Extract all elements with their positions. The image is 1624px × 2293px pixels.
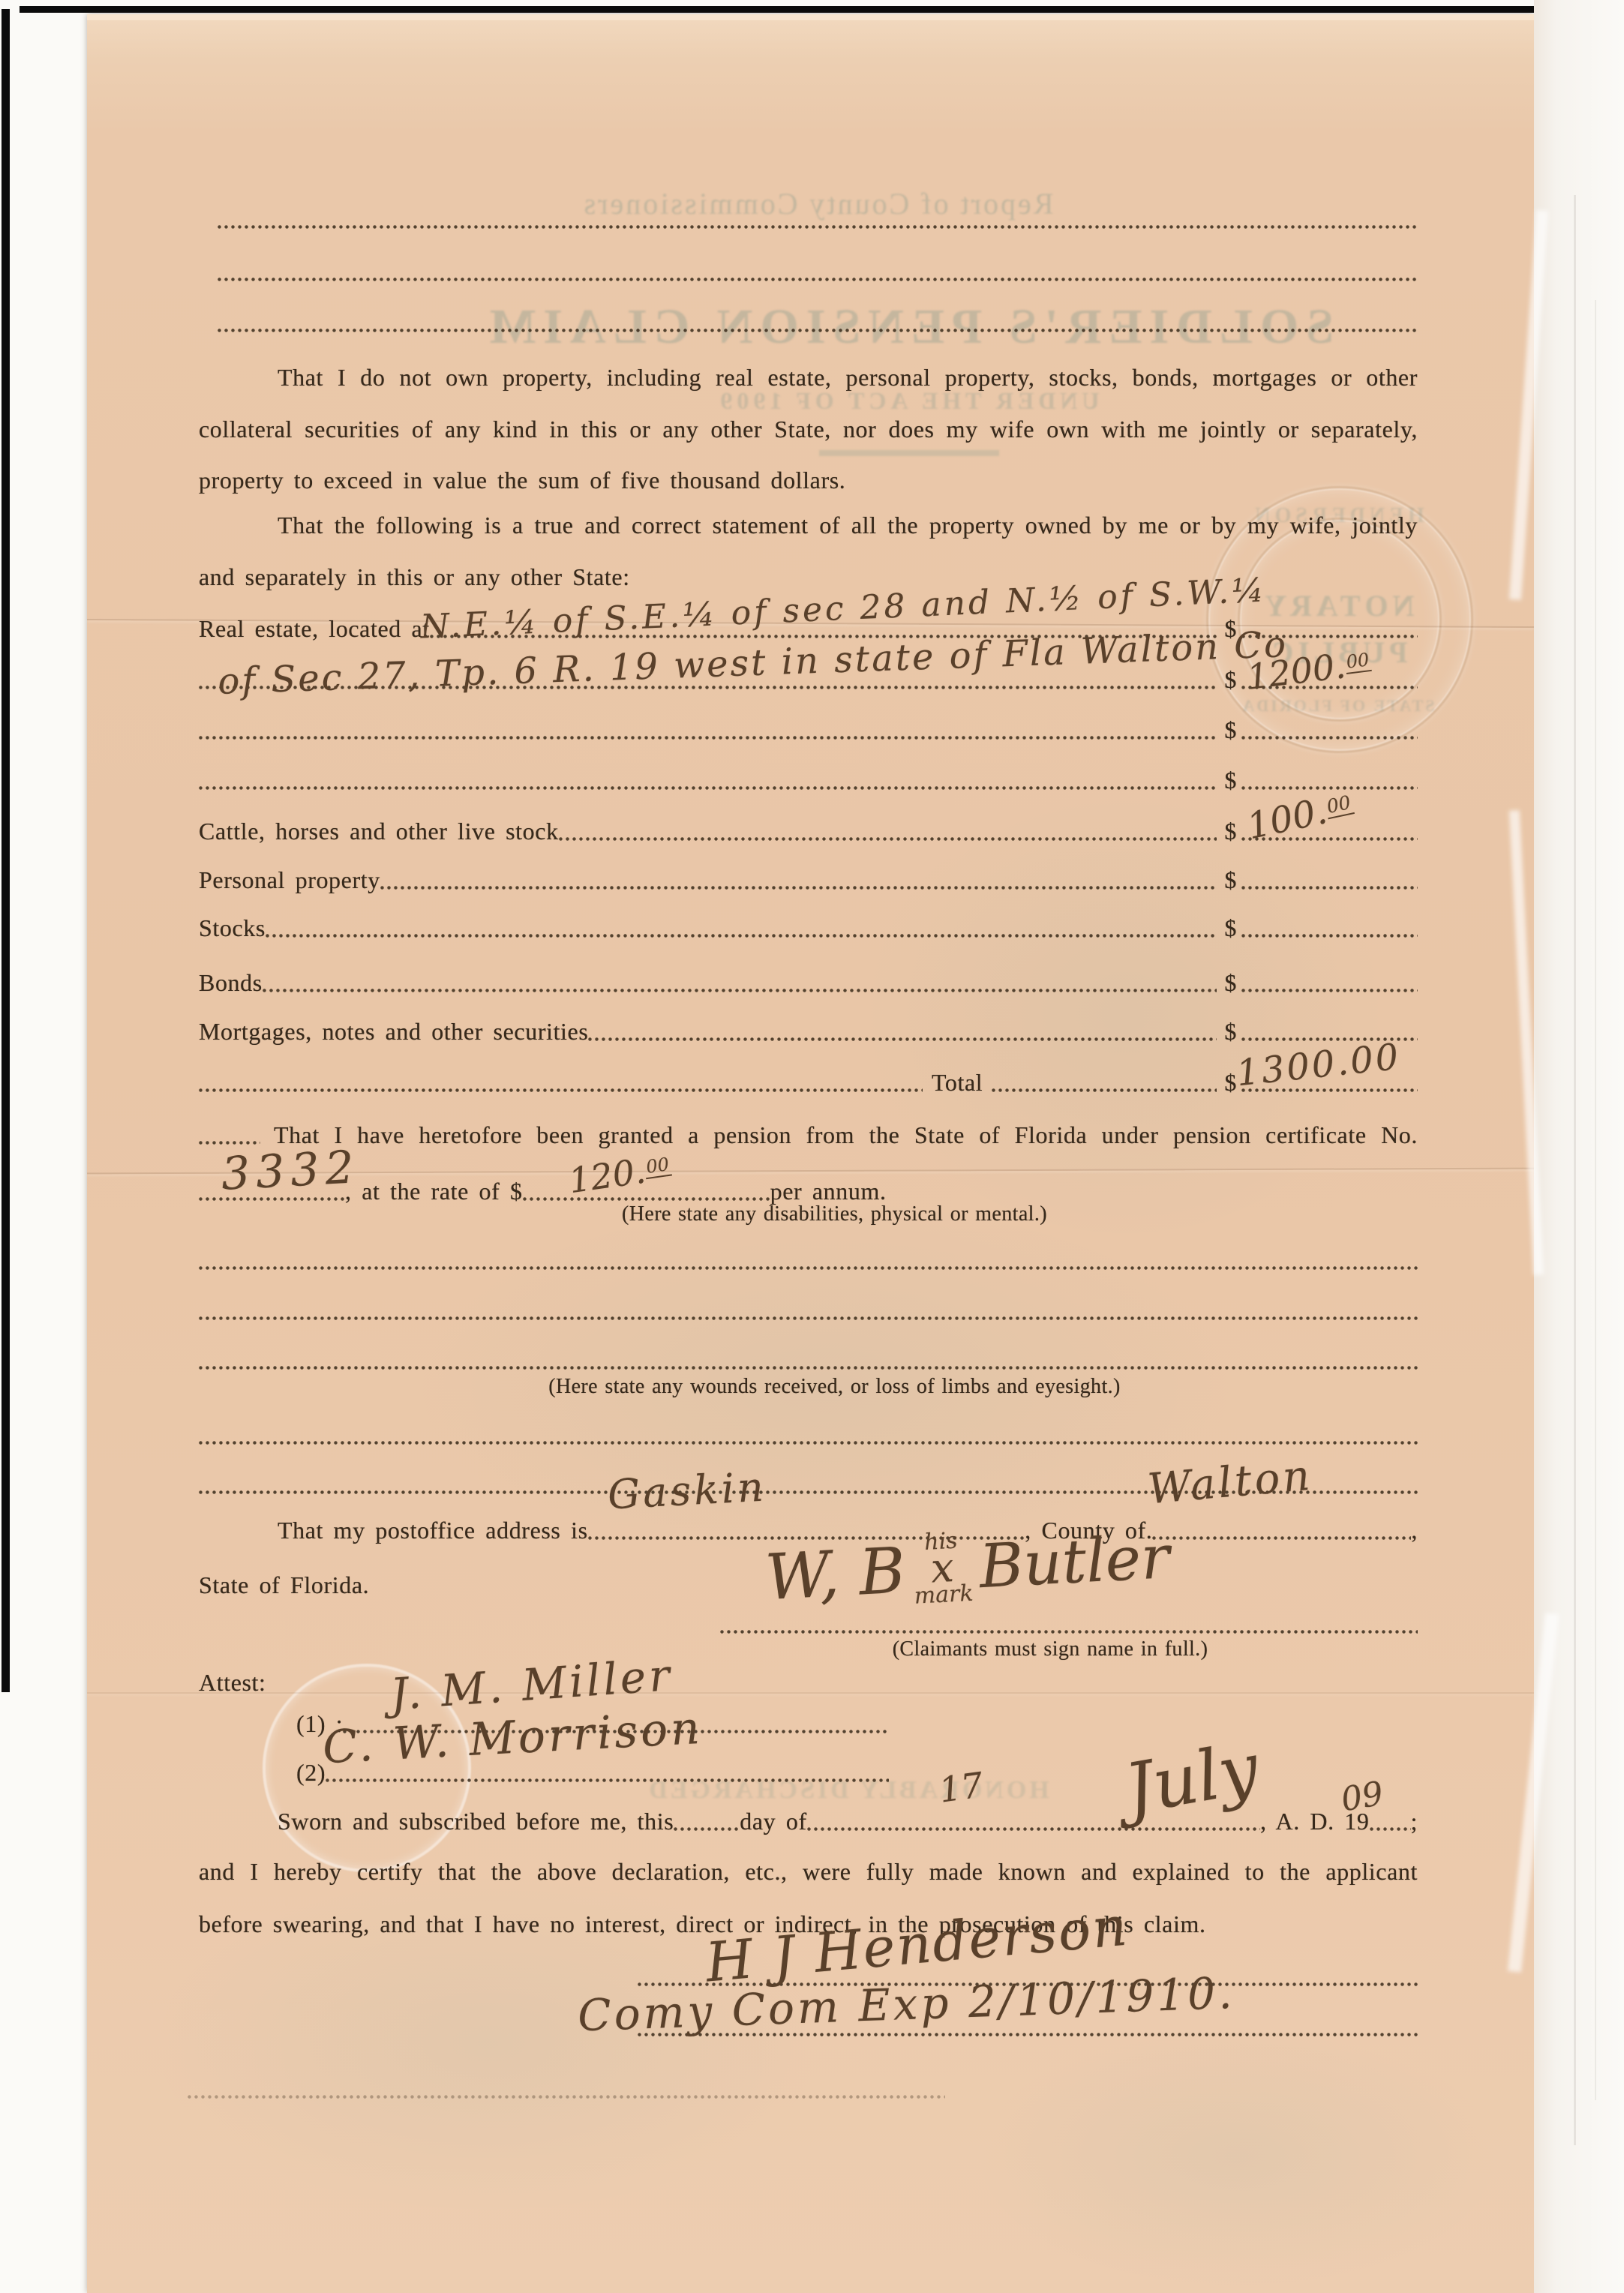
scan-frame-top-bar	[20, 6, 1575, 13]
dollar-sign: $	[1217, 718, 1241, 743]
hw-year: 09	[1338, 1775, 1386, 1820]
dotted-leader	[1152, 1535, 1411, 1541]
dotted-leader	[266, 933, 1217, 938]
his-mark-x: his x mark	[911, 1530, 974, 1606]
amount-cents: 00	[644, 1154, 672, 1179]
wounds-caption: (Here state any wounds received, or loss…	[225, 1376, 1444, 1397]
bleedthrough-title: SOLDIER'S PENSION CLAIM	[353, 299, 1463, 356]
fold-crease	[87, 1692, 1534, 1694]
plastic-sleeve-edge	[1534, 0, 1624, 2293]
blank-property-row: $	[199, 718, 1418, 743]
declaration-paragraph-line: collateral securities of any kind in thi…	[199, 417, 1418, 443]
blank-dotted-line	[199, 1316, 1418, 1321]
bleedthrough-divider	[819, 450, 999, 456]
signature-last: Butler	[977, 1521, 1171, 1601]
declaration-paragraph-line: That I do not own property, including re…	[199, 365, 1418, 391]
state-of-florida-line: State of Florida.	[199, 1573, 369, 1598]
personal-property-row: Personal property $	[199, 868, 1418, 893]
faint-dotted-line	[188, 2094, 945, 2099]
disabilities-caption: (Here state any disabilities, physical o…	[225, 1203, 1444, 1225]
amount-cents: 00	[1323, 791, 1354, 819]
bleedthrough-report-line: Report of County Commissioners	[405, 186, 1230, 221]
blank-dotted-line	[199, 1440, 1418, 1445]
total-row: Total $	[199, 1070, 1418, 1096]
dollar-sign: $	[1217, 868, 1241, 893]
dotted-leader	[992, 1088, 1217, 1093]
blank-dotted-line	[199, 1365, 1418, 1370]
mortgages-row: Mortgages, notes and other securities $	[199, 1019, 1418, 1045]
hw-certificate-number: 3332	[220, 1141, 361, 1201]
rate-suffix: per annum.	[770, 1179, 887, 1205]
real-estate-label: Real estate, located at	[199, 617, 430, 642]
dollar-sign: $	[1217, 916, 1241, 941]
paper-top-edge	[87, 14, 1534, 20]
dollar-sign: $	[1217, 768, 1241, 794]
certify-line1: and I hereby certify that the above decl…	[199, 1859, 1418, 1885]
cattle-row: Cattle, horses and other live stock $	[199, 819, 1418, 845]
declaration-paragraph-line: property to exceed in value the sum of f…	[199, 468, 1418, 494]
dotted-leader	[199, 735, 1217, 740]
hw-postoffice: Gaskin	[606, 1463, 767, 1519]
amount-dotted-leader	[1241, 735, 1418, 740]
dollar-sign: $	[1217, 668, 1241, 693]
sleeve-crinkle-line	[1574, 195, 1576, 2145]
mortgages-label: Mortgages, notes and other securities	[199, 1019, 588, 1045]
dotted-leader	[674, 1826, 740, 1832]
amount-dotted-leader	[1241, 988, 1418, 993]
dotted-leader	[807, 1826, 1260, 1832]
blank-property-row: $	[199, 768, 1418, 794]
mark-label: mark	[914, 1584, 974, 1607]
dollar-sign: $	[1217, 971, 1241, 996]
postoffice-prefix: That my postoffice address is	[199, 1518, 588, 1544]
stocks-row: Stocks $	[199, 916, 1418, 941]
dotted-leader	[263, 988, 1217, 993]
day-of-label: day of	[740, 1809, 806, 1835]
postoffice-suffix: ,	[1411, 1518, 1418, 1544]
blank-dotted-line	[218, 277, 1418, 282]
amount-dotted-leader	[1241, 885, 1418, 890]
bleedthrough-subtitle: UNDER THE ACT OF 1909	[353, 387, 1463, 415]
blank-dotted-line	[218, 328, 1418, 333]
bonds-row: Bonds $	[199, 971, 1418, 996]
sworn-terminator: ;	[1411, 1809, 1418, 1835]
scanned-pension-claim-page: Report of County Commissioners SOLDIER'S…	[0, 0, 1624, 2293]
scan-frame-left-bar	[2, 9, 10, 1692]
pension-statement-text: That I have heretofore been granted a pe…	[260, 1123, 1418, 1148]
notary-seal-arc-bottom-text: STATE OF FLORIDA	[1225, 696, 1450, 716]
signature-first: W, B	[764, 1533, 908, 1614]
hw-day: 17	[937, 1764, 986, 1811]
statement-paragraph-line: That the following is a true and correct…	[199, 513, 1418, 539]
amount-cents: 00	[1343, 649, 1372, 674]
dotted-leader	[199, 1088, 923, 1093]
dotted-leader	[380, 885, 1217, 890]
stocks-label: Stocks	[199, 916, 266, 941]
signature-dotted-line	[720, 1629, 1418, 1634]
witness2-number: (2)	[296, 1760, 326, 1786]
pension-statement-row: That I have heretofore been granted a pe…	[199, 1123, 1418, 1148]
sleeve-crinkle-line	[1595, 300, 1596, 2100]
rate-prefix: , at the rate of $	[345, 1179, 523, 1205]
personal-property-label: Personal property	[199, 868, 380, 893]
certificate-rate-row: , at the rate of $ per annum.	[199, 1179, 1418, 1205]
amount-dotted-leader	[1241, 933, 1418, 938]
dotted-leader	[199, 785, 1217, 791]
attest-label: Attest:	[199, 1670, 266, 1696]
dollar-sign: $	[1217, 819, 1241, 845]
dollar-sign: $	[1217, 1019, 1241, 1045]
sign-full-caption: (Claimants must sign name in full.)	[675, 1638, 1425, 1660]
dotted-leader	[559, 836, 1217, 842]
blank-dotted-line	[218, 224, 1418, 230]
bleedthrough-tint	[975, 2025, 1500, 2288]
blank-dotted-line	[199, 1265, 1418, 1271]
dotted-leader	[588, 1037, 1217, 1042]
dotted-leader	[326, 1778, 889, 1783]
dotted-leader	[1370, 1826, 1411, 1832]
sworn-prefix: Sworn and subscribed before me, this	[199, 1809, 674, 1835]
sworn-row: Sworn and subscribed before me, this day…	[199, 1809, 1418, 1835]
bonds-label: Bonds	[199, 971, 263, 996]
dotted-leader	[199, 1140, 260, 1145]
dotted-leader	[523, 1196, 770, 1202]
total-label: Total	[923, 1070, 992, 1096]
cattle-label: Cattle, horses and other live stock	[199, 819, 559, 845]
